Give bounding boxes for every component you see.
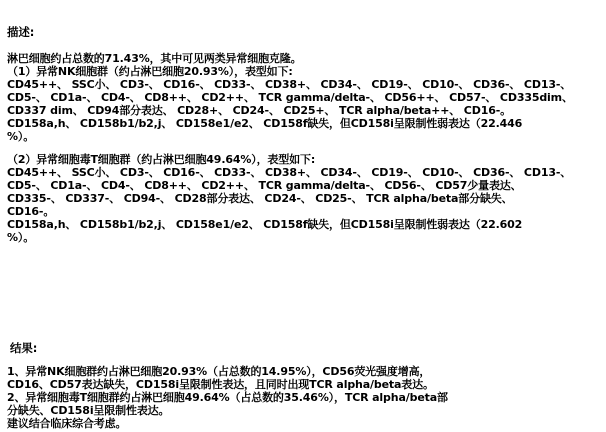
group2-phenotype-line: CD158a,h、 CD158b1/b2,j、 CD158e1/e2、 CD15… bbox=[7, 218, 522, 231]
result-line: 分缺失、CD158i呈限制性表达。 bbox=[7, 404, 169, 417]
description-heading: 描述: bbox=[7, 26, 34, 39]
group2-phenotype-line: CD16-。 bbox=[7, 205, 54, 218]
group2-phenotype-line: %）。 bbox=[7, 231, 34, 244]
group1-phenotype-line: %）。 bbox=[7, 130, 34, 143]
group2-title: （2）异常细胞毒T细胞群（约占淋巴细胞49.64%），表型如下: bbox=[7, 153, 315, 166]
description-summary: 淋巴细胞约占总数的71.43%，其中可见两类异常细胞克隆。 bbox=[7, 52, 301, 65]
result-line: 1、异常NK细胞群约占淋巴细胞20.93%（占总数的14.95%），CD56荧光… bbox=[7, 365, 430, 378]
group1-phenotype-line: CD158a,h、 CD158b1/b2,j、 CD158e1/e2、 CD15… bbox=[7, 117, 522, 130]
group1-phenotype-line: CD5-、 CD1a-、 CD4-、 CD8++、 CD2++、 TCR gam… bbox=[7, 91, 573, 104]
result-line: CD16、CD57表达缺失，CD158i呈限制性表达，且同时出现TCR alph… bbox=[7, 378, 434, 391]
group2-phenotype-line: CD45++、 SSC小、 CD3-、 CD16-、 CD33-、 CD38+、… bbox=[7, 166, 571, 179]
group2-phenotype-line: CD335-、 CD337-、 CD94-、 CD28部分表达、 CD24-、 … bbox=[7, 192, 513, 205]
group1-phenotype-line: CD337 dim、 CD94部分表达、 CD28+、 CD24-、 CD25+… bbox=[7, 104, 511, 117]
group1-phenotype-line: CD45++、 SSC小、 CD3-、 CD16-、 CD33-、 CD38+、… bbox=[7, 78, 571, 91]
result-line: 建议结合临床综合考虑。 bbox=[7, 417, 126, 430]
result-line: 2、异常细胞毒T细胞群约占淋巴细胞49.64%（占总数的35.46%），TCR … bbox=[7, 391, 448, 404]
group2-phenotype-line: CD5-、 CD1a-、 CD4-、 CD8++、 CD2++、 TCR gam… bbox=[7, 179, 522, 192]
group1-title: （1）异常NK细胞群（约占淋巴细胞20.93%），表型如下: bbox=[7, 65, 293, 78]
results-heading: 结果: bbox=[10, 342, 37, 355]
